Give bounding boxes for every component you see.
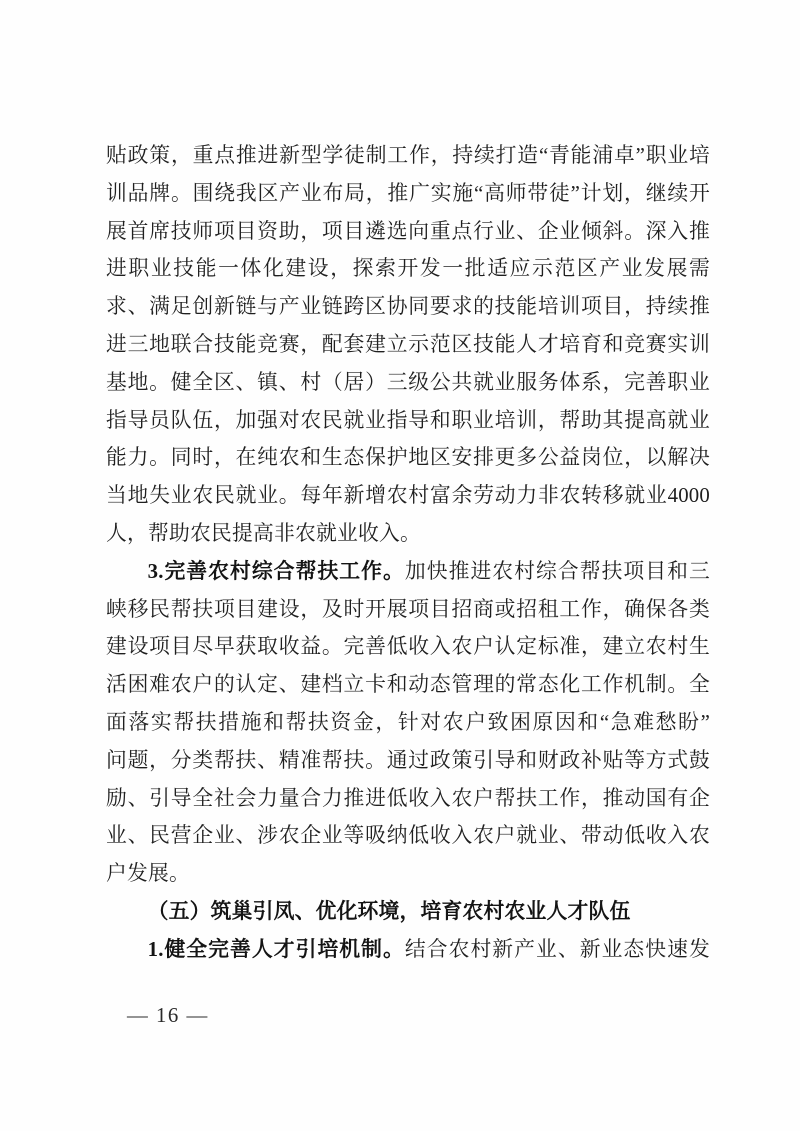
text-line: 面落实帮扶措施和帮扶资金，针对农户致困原因和“急难愁盼” xyxy=(106,704,710,742)
line-bold-segment: 1.健全完善人才引培机制。 xyxy=(148,938,405,961)
text-line: 活困难农户的认定、建档立卡和动态管理的常态化工作机制。全 xyxy=(106,666,710,704)
text-line-paragraph-3-lead: 3.完善农村综合帮扶工作。加快推进农村综合帮扶项目和三 xyxy=(106,553,710,591)
text-line: 当地失业农民就业。每年新增农村富余劳动力非农转移就业4000 xyxy=(106,477,710,515)
line-text-segment: 活困难农户的认定、建档立卡和动态管理的常态化工作机制。全 xyxy=(106,673,710,696)
line-text-segment: 求、满足创新链与产业链跨区协同要求的技能培训项目，持续推 xyxy=(106,295,710,318)
line-text-segment: 贴政策，重点推进新型学徒制工作，持续打造“青能浦卓”职业培 xyxy=(106,144,710,167)
page-footer: — 16 — xyxy=(127,1001,209,1031)
line-text-segment: 指导员队伍，加强对农民就业指导和职业培训，帮助其提高就业 xyxy=(106,409,710,432)
text-line: 指导员队伍，加强对农民就业指导和职业培训，帮助其提高就业 xyxy=(106,402,710,440)
line-text-segment: 建设项目尽早获取收益。完善低收入农户认定标准，建立农村生 xyxy=(106,635,710,658)
line-bold-segment: 3.完善农村综合帮扶工作。 xyxy=(148,560,405,583)
line-text-segment: 励、引导全社会力量合力推进低收入农户帮扶工作，推动国有企 xyxy=(106,787,710,810)
text-line: 人，帮助农民提高非农就业收入。 xyxy=(106,515,710,553)
text-line: 能力。同时，在纯农和生态保护地区安排更多公益岗位，以解决 xyxy=(106,439,710,477)
text-line: 建设项目尽早获取收益。完善低收入农户认定标准，建立农村生 xyxy=(106,628,710,666)
section-heading-5: （五）筑巢引凤、优化环境，培育农村农业人才队伍 xyxy=(106,893,710,931)
line-text-segment: 结合农村新产业、新业态快速发 xyxy=(405,938,710,961)
line-text-segment: 训品牌。围绕我区产业布局，推广实施“高师带徒”计划，继续开 xyxy=(106,182,710,205)
text-line: 峡移民帮扶项目建设，及时开展项目招商或招租工作，确保各类 xyxy=(106,591,710,629)
text-line: 训品牌。围绕我区产业布局，推广实施“高师带徒”计划，继续开 xyxy=(106,175,710,213)
line-text-segment: 业、民营企业、涉农企业等吸纳低收入农户就业、带动低收入农 xyxy=(106,824,710,847)
line-text-segment: 基地。健全区、镇、村（居）三级公共就业服务体系，完善职业 xyxy=(106,371,710,394)
text-line: 基地。健全区、镇、村（居）三级公共就业服务体系，完善职业 xyxy=(106,364,710,402)
body-text: 贴政策，重点推进新型学徒制工作，持续打造“青能浦卓”职业培 训品牌。围绕我区产业… xyxy=(106,137,710,969)
text-line: 求、满足创新链与产业链跨区协同要求的技能培训项目，持续推 xyxy=(106,288,710,326)
text-line: 贴政策，重点推进新型学徒制工作，持续打造“青能浦卓”职业培 xyxy=(106,137,710,175)
line-text-segment: 问题，分类帮扶、精准帮扶。通过政策引导和财政补贴等方式鼓 xyxy=(106,749,710,772)
line-text-segment: 加快推进农村综合帮扶项目和三 xyxy=(405,560,710,583)
text-line: 进三地联合技能竞赛，配套建立示范区技能人才培育和竞赛实训 xyxy=(106,326,710,364)
line-text-segment: 峡移民帮扶项目建设，及时开展项目招商或招租工作，确保各类 xyxy=(106,598,710,621)
line-text-segment: 人，帮助农民提高非农就业收入。 xyxy=(106,522,421,545)
text-line: 户发展。 xyxy=(106,855,710,893)
line-text-segment: 户发展。 xyxy=(106,862,190,885)
text-line: 业、民营企业、涉农企业等吸纳低收入农户就业、带动低收入农 xyxy=(106,817,710,855)
text-line-paragraph-1-lead: 1.健全完善人才引培机制。结合农村新产业、新业态快速发 xyxy=(106,931,710,969)
text-line: 进职业技能一体化建设，探索开发一批适应示范区产业发展需 xyxy=(106,250,710,288)
line-text-segment: 进职业技能一体化建设，探索开发一批适应示范区产业发展需 xyxy=(106,257,710,280)
text-line: 展首席技师项目资助，项目遴选向重点行业、企业倾斜。深入推 xyxy=(106,213,710,251)
line-bold-segment: （五）筑巢引凤、优化环境，培育农村农业人才队伍 xyxy=(148,900,631,923)
page-number: — 16 — xyxy=(127,1004,209,1027)
line-text-segment: 当地失业农民就业。每年新增农村富余劳动力非农转移就业4000 xyxy=(106,484,710,507)
text-line: 问题，分类帮扶、精准帮扶。通过政策引导和财政补贴等方式鼓 xyxy=(106,742,710,780)
text-line: 励、引导全社会力量合力推进低收入农户帮扶工作，推动国有企 xyxy=(106,780,710,818)
line-text-segment: 进三地联合技能竞赛，配套建立示范区技能人才培育和竞赛实训 xyxy=(106,333,710,356)
line-text-segment: 展首席技师项目资助，项目遴选向重点行业、企业倾斜。深入推 xyxy=(106,220,710,243)
line-text-segment: 面落实帮扶措施和帮扶资金，针对农户致困原因和“急难愁盼” xyxy=(106,711,710,734)
line-text-segment: 能力。同时，在纯农和生态保护地区安排更多公益岗位，以解决 xyxy=(106,446,710,469)
document-page: 贴政策，重点推进新型学徒制工作，持续打造“青能浦卓”职业培 训品牌。围绕我区产业… xyxy=(0,0,800,1131)
